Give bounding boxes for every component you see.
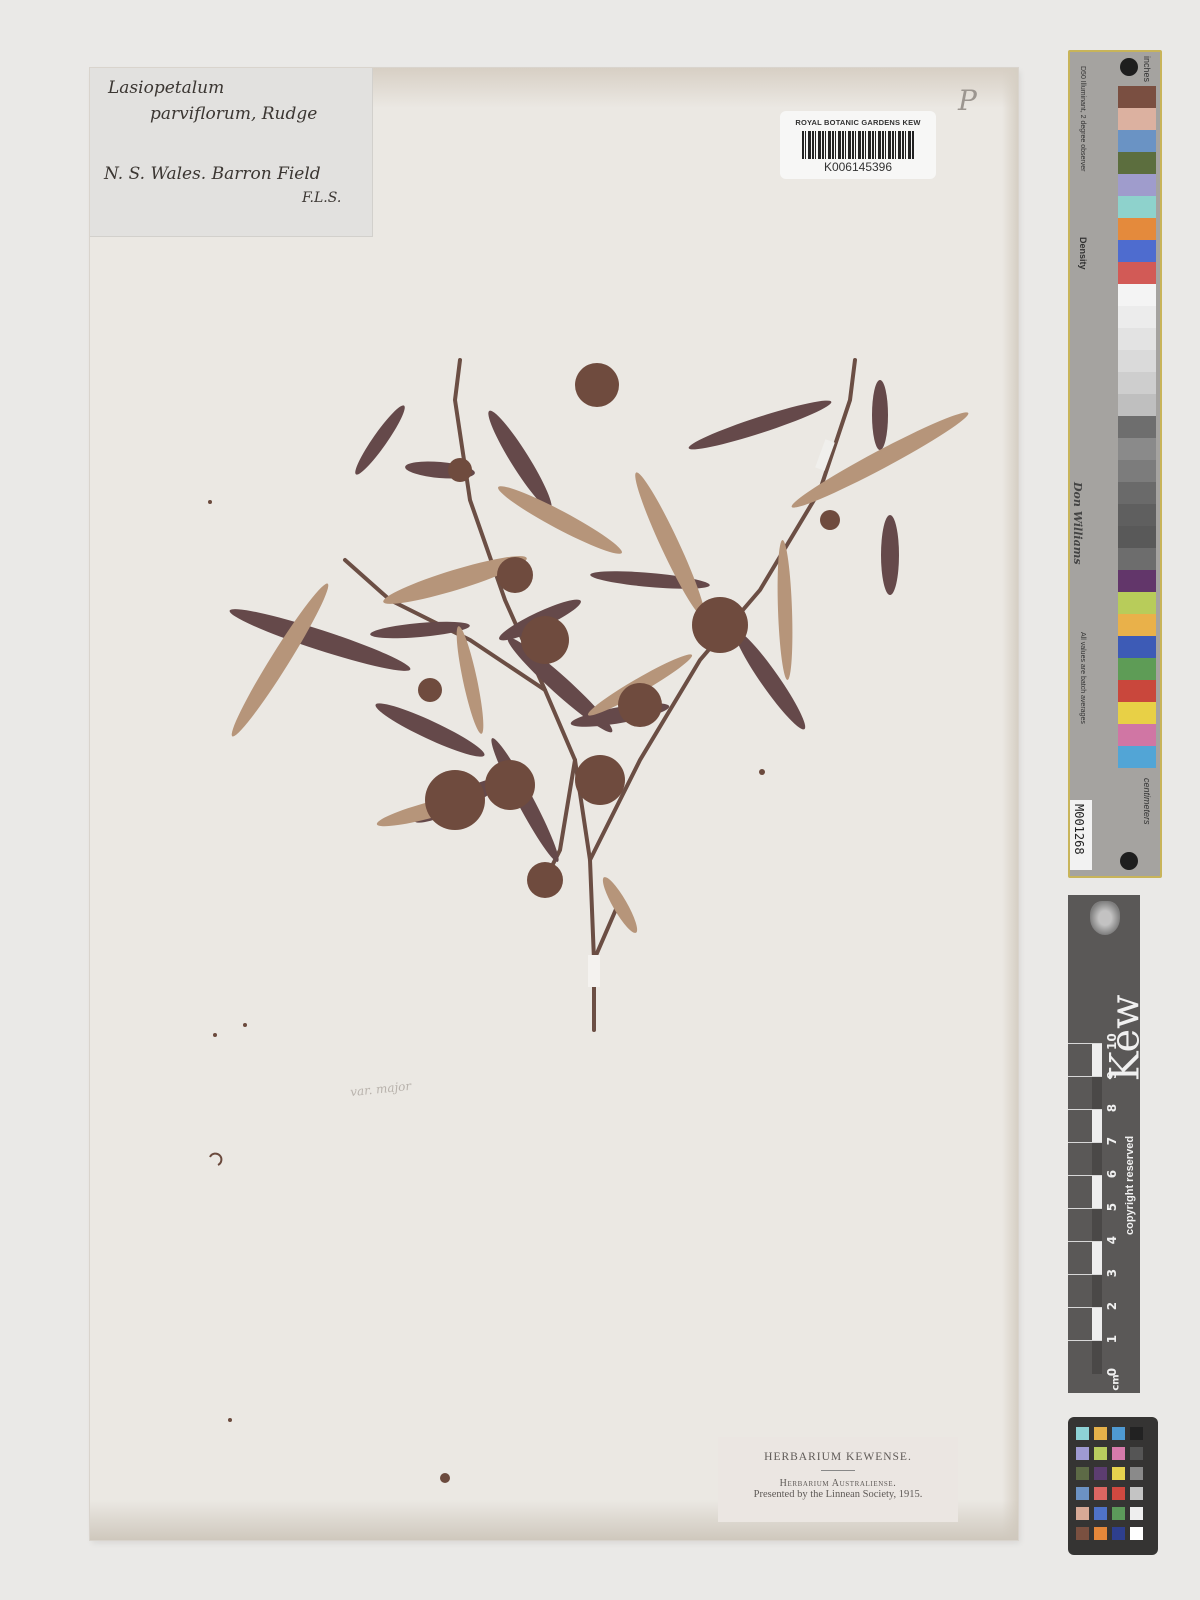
herbarium-subtitle: Herbarium Australiense. bbox=[718, 1478, 958, 1489]
ruler-tick-label: 7 bbox=[1105, 1133, 1119, 1149]
cm-ruler bbox=[1068, 1043, 1102, 1373]
color-patch bbox=[1118, 482, 1156, 504]
ruler-segment bbox=[1068, 1307, 1102, 1341]
color-swatch bbox=[1076, 1527, 1089, 1540]
herbarium-kewense-label: HERBARIUM KEWENSE. Herbarium Australiens… bbox=[718, 1437, 958, 1522]
color-patch bbox=[1118, 328, 1156, 350]
color-patch bbox=[1118, 504, 1156, 526]
ruler-tick-label: 3 bbox=[1105, 1265, 1119, 1281]
target-id: M001268 bbox=[1072, 804, 1086, 855]
color-patch bbox=[1118, 570, 1156, 592]
color-patch bbox=[1118, 746, 1156, 768]
color-swatch bbox=[1130, 1447, 1143, 1460]
ruler-segment bbox=[1068, 1043, 1102, 1077]
copyright-text: copyright reserved bbox=[1124, 1136, 1136, 1235]
ruler-segment bbox=[1068, 1076, 1102, 1110]
color-swatch bbox=[1130, 1527, 1143, 1540]
color-patch bbox=[1118, 372, 1156, 394]
color-swatch bbox=[1094, 1487, 1107, 1500]
color-swatch bbox=[1112, 1487, 1125, 1500]
color-checker-card bbox=[1068, 1417, 1158, 1555]
color-swatch bbox=[1076, 1507, 1089, 1520]
color-patch bbox=[1118, 592, 1156, 614]
ruler-tick-label: 6 bbox=[1105, 1166, 1119, 1182]
color-patch bbox=[1118, 526, 1156, 548]
color-swatch bbox=[1130, 1507, 1143, 1520]
ruler-tick-label: 4 bbox=[1105, 1232, 1119, 1248]
ruler-segment bbox=[1068, 1274, 1102, 1308]
ruler-segment bbox=[1068, 1175, 1102, 1209]
color-patch bbox=[1118, 196, 1156, 218]
color-patch bbox=[1118, 702, 1156, 724]
color-patch bbox=[1118, 108, 1156, 130]
ruler-segment bbox=[1068, 1241, 1102, 1275]
mounting-hole-icon bbox=[1120, 58, 1138, 76]
ruler-tick-label: 2 bbox=[1105, 1298, 1119, 1314]
color-patch bbox=[1118, 152, 1156, 174]
herbarium-title: HERBARIUM KEWENSE. bbox=[718, 1451, 958, 1463]
color-swatch bbox=[1112, 1447, 1125, 1460]
color-swatch bbox=[1076, 1467, 1089, 1480]
color-swatch bbox=[1076, 1447, 1089, 1460]
color-swatch bbox=[1094, 1507, 1107, 1520]
color-swatch bbox=[1112, 1507, 1125, 1520]
color-patch bbox=[1118, 394, 1156, 416]
pressed-plant-specimen bbox=[0, 0, 1200, 1600]
color-patch-strip bbox=[1118, 86, 1156, 768]
color-patch bbox=[1118, 548, 1156, 570]
color-patch bbox=[1118, 86, 1156, 108]
color-patch bbox=[1118, 130, 1156, 152]
color-patch bbox=[1118, 658, 1156, 680]
color-checker-grid bbox=[1076, 1427, 1143, 1540]
inches-label: inches bbox=[1142, 56, 1152, 82]
density-label: Density bbox=[1078, 237, 1088, 270]
color-patch bbox=[1118, 460, 1156, 482]
color-calibration-bar: inches D50 Illuminant, 2 degree observer… bbox=[1068, 50, 1162, 878]
color-patch bbox=[1118, 680, 1156, 702]
color-patch bbox=[1118, 724, 1156, 746]
color-patch bbox=[1118, 306, 1156, 328]
kew-scale-bar: Kew 109876543210 copyright reserved cm bbox=[1068, 895, 1140, 1393]
color-swatch bbox=[1112, 1427, 1125, 1440]
centimeters-label: centimeters bbox=[1142, 778, 1152, 825]
ruler-segment bbox=[1068, 1208, 1102, 1242]
color-patch bbox=[1118, 438, 1156, 460]
color-swatch bbox=[1130, 1427, 1143, 1440]
kew-crest-icon bbox=[1090, 901, 1120, 935]
color-swatch bbox=[1094, 1427, 1107, 1440]
color-patch bbox=[1118, 262, 1156, 284]
color-patch bbox=[1118, 240, 1156, 262]
color-swatch bbox=[1076, 1487, 1089, 1500]
color-patch bbox=[1118, 174, 1156, 196]
color-patch bbox=[1118, 614, 1156, 636]
color-swatch bbox=[1130, 1467, 1143, 1480]
ruler-tick-label: 8 bbox=[1105, 1100, 1119, 1116]
color-swatch bbox=[1094, 1527, 1107, 1540]
color-swatch bbox=[1112, 1467, 1125, 1480]
color-swatch bbox=[1094, 1447, 1107, 1460]
color-swatch bbox=[1112, 1527, 1125, 1540]
color-swatch bbox=[1094, 1467, 1107, 1480]
mounting-hole-icon bbox=[1120, 852, 1138, 870]
color-patch bbox=[1118, 636, 1156, 658]
ruler-segment bbox=[1068, 1340, 1102, 1374]
label-divider bbox=[821, 1470, 855, 1471]
brand-label: Don Williams bbox=[1071, 482, 1084, 565]
ruler-tick-label: 10 bbox=[1105, 1034, 1119, 1050]
color-patch bbox=[1118, 416, 1156, 438]
values-note: All values are batch averages bbox=[1079, 632, 1086, 724]
color-patch bbox=[1118, 218, 1156, 240]
herbarium-provenance: Presented by the Linnean Society, 1915. bbox=[718, 1489, 958, 1500]
color-patch bbox=[1118, 350, 1156, 372]
ruler-tick-label: 9 bbox=[1105, 1067, 1119, 1083]
ruler-segment bbox=[1068, 1109, 1102, 1143]
illuminant-text: D50 Illuminant, 2 degree observer bbox=[1079, 66, 1086, 171]
ruler-tick-label: 1 bbox=[1105, 1331, 1119, 1347]
ruler-tick-label: 5 bbox=[1105, 1199, 1119, 1215]
target-id-box: M001268 bbox=[1070, 800, 1092, 870]
ruler-segment bbox=[1068, 1142, 1102, 1176]
color-patch bbox=[1118, 284, 1156, 306]
color-swatch bbox=[1130, 1487, 1143, 1500]
color-swatch bbox=[1076, 1427, 1089, 1440]
unit-label: cm bbox=[1111, 1374, 1122, 1390]
